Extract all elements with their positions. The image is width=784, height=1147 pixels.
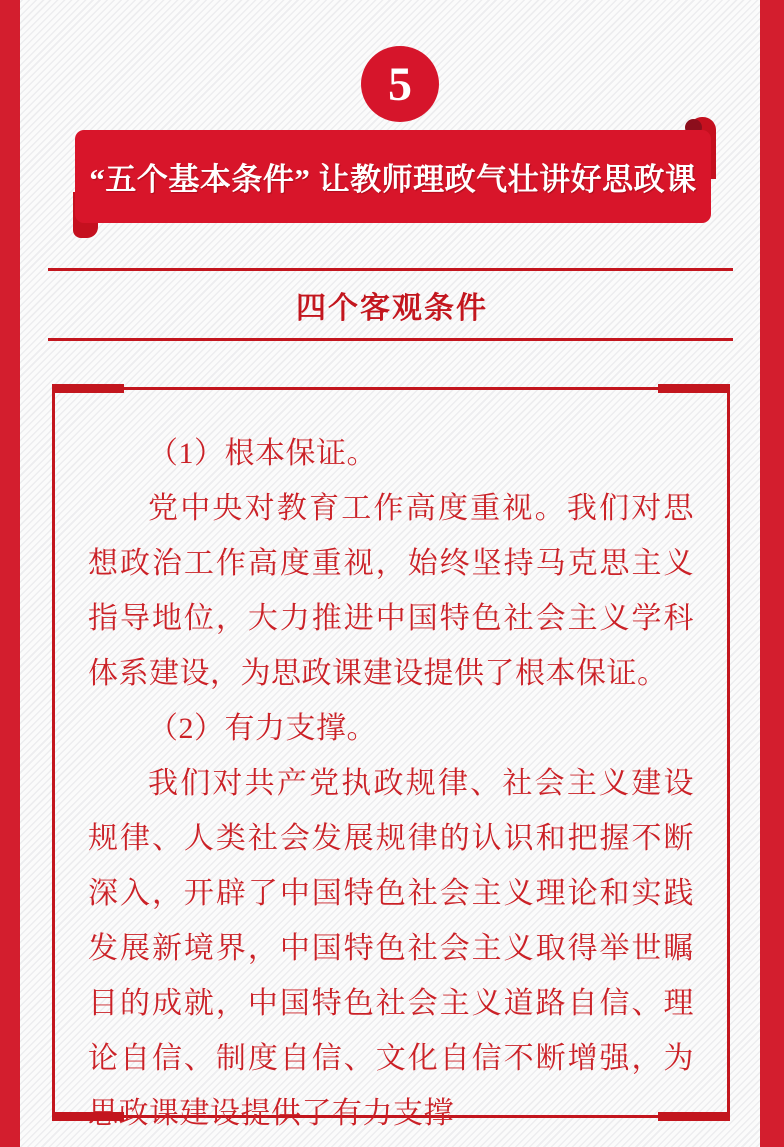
section-title: 四个客观条件 xyxy=(0,283,784,327)
paragraph-1-heading: （1）根本保证。 xyxy=(88,426,694,481)
frame-corner-top-left xyxy=(52,384,124,393)
body-text: （1）根本保证。 党中央对教育工作高度重视。我们对思想政治工作高度重视，始终坚持… xyxy=(88,426,694,1141)
section-number-badge: 5 xyxy=(361,46,439,122)
paragraph-2-heading: （2）有力支撑。 xyxy=(88,701,694,756)
left-red-border-bar xyxy=(0,0,20,1147)
frame-corner-bottom-right xyxy=(658,1112,730,1121)
right-red-border-bar xyxy=(760,0,784,1147)
section-number: 5 xyxy=(388,57,412,112)
poster-page: { "page": { "badge_number": "5", "banner… xyxy=(0,0,784,1147)
title-ribbon: “五个基本条件” 让教师理政气壮讲好思政课 xyxy=(73,117,716,238)
paragraph-1-body: 党中央对教育工作高度重视。我们对思想政治工作高度重视，始终坚持马克思主义指导地位… xyxy=(88,481,694,701)
divider-line-top xyxy=(48,268,733,271)
divider-line-bottom xyxy=(48,338,733,341)
frame-corner-top-right xyxy=(658,384,730,393)
paragraph-2-body: 我们对共产党执政规律、社会主义建设规律、人类社会发展规律的认识和把握不断深入，开… xyxy=(88,756,694,1141)
content-frame: （1）根本保证。 党中央对教育工作高度重视。我们对思想政治工作高度重视，始终坚持… xyxy=(52,387,730,1118)
frame-corner-bottom-left xyxy=(52,1112,124,1121)
ribbon-banner: “五个基本条件” 让教师理政气壮讲好思政课 xyxy=(75,130,711,223)
banner-title: “五个基本条件” 让教师理政气壮讲好思政课 xyxy=(89,154,696,199)
